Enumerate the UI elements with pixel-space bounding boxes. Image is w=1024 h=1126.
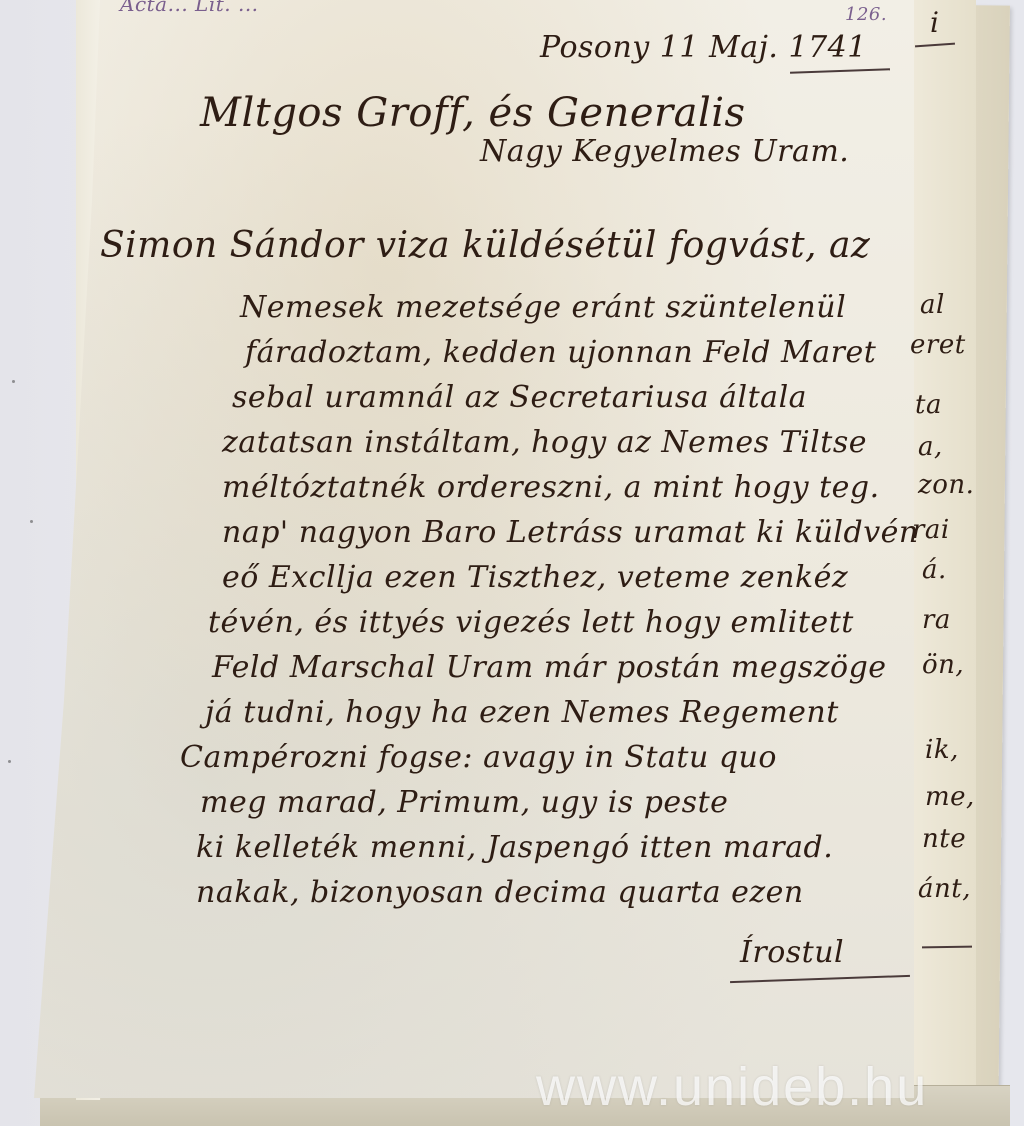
margin-fragment: nte <box>922 824 966 854</box>
margin-fragment: al <box>920 290 945 320</box>
closing-signature: Írostul <box>740 935 844 970</box>
dust-speck <box>30 520 33 523</box>
body-line: Feld Marschal Uram már postán megszöge <box>212 650 887 685</box>
archival-stamp: Acta... Lit. ... <box>120 0 259 16</box>
body-line: Simon Sándor viza küldésétül fogvást, az <box>100 225 870 266</box>
body-line: fáradoztam, kedden ujonnan Feld Maret <box>245 335 876 370</box>
body-line: ki kelleték menni, Jaspengó itten marad. <box>196 830 833 865</box>
body-line: Nemesek mezetsége eránt szüntelenül <box>240 290 846 325</box>
margin-fragment: eret <box>910 330 966 360</box>
body-line: meg marad, Primum, ugy is peste <box>200 785 728 820</box>
body-line: nakak, bizonyosan decima quarta ezen <box>196 875 804 910</box>
salutation-line-2: Nagy Kegyelmes Uram. <box>480 134 849 169</box>
margin-fragment: a, <box>918 432 943 462</box>
body-line: nap' nagyon Baro Letráss uramat ki küldv… <box>222 515 919 550</box>
margin-fragment: zon. <box>918 470 974 500</box>
watermark: www.unideb.hu <box>536 1056 928 1118</box>
margin-fragment: ik, <box>925 735 959 765</box>
body-line: tévén, és ittyés vigezés lett hogy emlit… <box>208 605 854 640</box>
salutation-line-1: Mltgos Groff, és Generalis <box>200 90 746 136</box>
margin-fragment: ánt, <box>918 874 971 904</box>
place-date: Posony 11 Maj. 1741 <box>540 30 867 65</box>
dust-speck <box>8 760 11 763</box>
margin-fragment: ra <box>922 605 951 635</box>
body-line: já tudni, hogy ha ezen Nemes Regement <box>205 695 839 730</box>
body-line: méltóztatnék ordereszni, a mint hogy teg… <box>222 470 880 505</box>
margin-fragment: rai <box>912 515 950 545</box>
body-line: Campérozni fogse: avagy in Statu quo <box>180 740 777 775</box>
body-line: zatatsan instáltam, hogy az Nemes Tiltse <box>222 425 867 460</box>
margin-fragment: ön, <box>922 650 964 680</box>
dust-speck <box>12 380 15 383</box>
folio-number: 126. <box>845 4 887 25</box>
body-line: eő Excllja ezen Tiszthez, veteme zenkéz <box>222 560 848 595</box>
margin-fragment: á. <box>922 555 947 585</box>
body-line: sebal uramnál az Secretariusa általa <box>232 380 807 415</box>
margin-fragment: me, <box>925 782 975 812</box>
margin-fragment: ta <box>915 390 942 420</box>
sheet-mark: i <box>930 6 939 39</box>
